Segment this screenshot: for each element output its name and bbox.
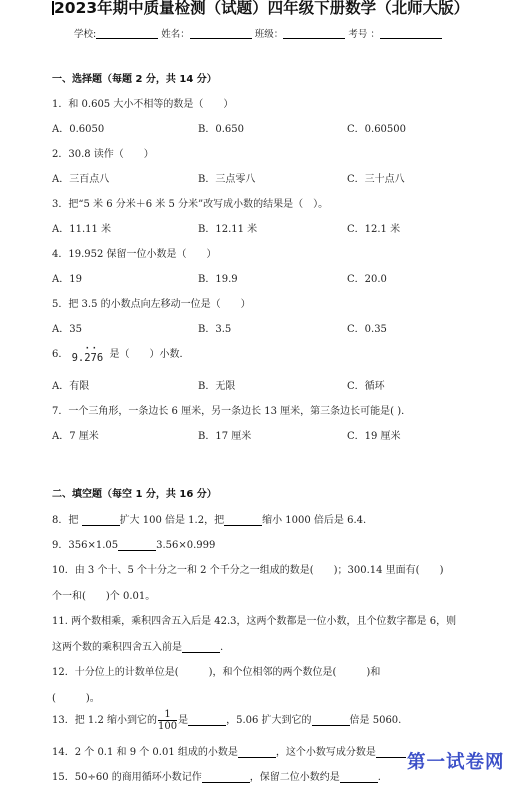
q2-option-b[interactable]: B．三点零八: [198, 170, 255, 185]
school-field[interactable]: [96, 28, 158, 39]
q15-blank-1[interactable]: [202, 771, 250, 783]
section-heading-fill: 二、填空题（每空 1 分，共 16 分）: [52, 485, 217, 500]
q6-option-c[interactable]: C．循环: [347, 377, 385, 392]
q3-option-c[interactable]: C．12.1 米: [347, 220, 400, 235]
q13-blank-1[interactable]: [188, 714, 226, 726]
q4-option-a[interactable]: A．19: [52, 270, 82, 285]
q14-blank-2[interactable]: [376, 746, 406, 758]
q5-option-b[interactable]: B．3.5: [198, 320, 231, 335]
repeat-dot-icon: ·: [85, 344, 90, 354]
q3-option-a[interactable]: A．11.11 米: [52, 220, 111, 235]
question-6: 6． 9.276 · · 是（ ）小数．: [52, 345, 190, 360]
q13-blank-2[interactable]: [312, 714, 350, 726]
question-12-line-1: 12．十分位上的计数单位是( )，和个位相邻的两个数位是( )和: [52, 663, 380, 678]
question-11-line-1: 11. 两个数相乘，乘积四舍五入后是 42.3，这两个数都是一位小数，且个位数字…: [52, 612, 456, 627]
exam-no-label: 考号 ：: [348, 29, 380, 40]
q8-blank-1[interactable]: [82, 514, 120, 526]
question-11-line-2: 这两个数的乘积四舍五入前是.: [52, 638, 223, 653]
question-5: 5．把 3.5 的小数点向左移动一位是（ ）: [52, 295, 251, 310]
q9-blank[interactable]: [118, 539, 156, 551]
question-2: 2．30.8 读作（ ）: [52, 145, 154, 160]
q5-option-a[interactable]: A．35: [52, 320, 82, 335]
q3-option-b[interactable]: B．12.11 米: [198, 220, 257, 235]
q2-option-a[interactable]: A．三百点八: [52, 170, 109, 185]
q15-blank-2[interactable]: [340, 771, 378, 783]
question-10-line-1: 10．由 3 个十、5 个十分之一和 2 个千分之一组成的数是( )；300.1…: [52, 561, 443, 576]
class-field[interactable]: [283, 28, 345, 39]
q8-blank-2[interactable]: [224, 514, 262, 526]
q1-option-c[interactable]: C．0.60500: [347, 120, 406, 135]
q6-option-a[interactable]: A．有限: [52, 377, 89, 392]
class-label: 班级：: [255, 29, 284, 40]
section-heading-choice: 一、选择题（每题 2 分，共 14 分）: [52, 70, 217, 85]
question-9: 9．356×1.053.56×0.999: [52, 536, 215, 551]
school-label: 学校:: [74, 29, 96, 40]
page-title: 2023年期中质量检测（试题）四年级下册数学（北师大版）: [54, 0, 469, 18]
question-7: 7．一个三角形，一条边长 6 厘米，另一条边长 13 厘米，第三条边长可能是( …: [52, 402, 411, 417]
q14-blank-1[interactable]: [238, 746, 276, 758]
repeating-decimal: 9.276 · ·: [72, 352, 110, 364]
exam-no-field[interactable]: [380, 28, 442, 39]
q7-option-b[interactable]: B．17 厘米: [198, 427, 251, 442]
name-label: 姓名：: [161, 29, 190, 40]
q7-option-c[interactable]: C．19 厘米: [347, 427, 401, 442]
question-12-line-2: ( )。: [52, 689, 100, 704]
question-1: 1．和 0.605 大小不相等的数是（ ）: [52, 95, 233, 110]
question-15: 15．50÷60 的商用循环小数记作，保留二位小数约是.: [52, 768, 381, 783]
q1-option-b[interactable]: B．0.650: [198, 120, 244, 135]
q4-option-c[interactable]: C．20.0: [347, 270, 387, 285]
q1-option-a[interactable]: A．0.6050: [52, 120, 104, 135]
question-10-line-2: 个一和( )个 0.01。: [52, 587, 155, 602]
repeat-dot-icon: ·: [92, 344, 97, 354]
fraction-one-hundredth: 1100: [158, 709, 177, 732]
q2-option-c[interactable]: C．三十点八: [347, 170, 405, 185]
q4-option-b[interactable]: B．19.9: [198, 270, 238, 285]
student-info-row: 学校: 姓名： 班级： 考号 ：: [74, 26, 442, 40]
question-14: 14．2 个 0.1 和 9 个 0.01 组成的小数是，这个小数写成分数是: [52, 743, 406, 758]
question-4: 4．19.952 保留一位小数是（ ）: [52, 245, 217, 260]
q11-blank[interactable]: [182, 641, 220, 653]
q6-option-b[interactable]: B．无限: [198, 377, 235, 392]
question-13: 13．把 1.2 缩小到它的1100是，5.06 扩大到它的倍是 5060.: [52, 709, 401, 732]
name-field[interactable]: [190, 28, 252, 39]
q6-number: 6．: [52, 349, 68, 360]
q5-option-c[interactable]: C．0.35: [347, 320, 387, 335]
question-3: 3．把“5 米 6 分米＋6 米 5 分米”改写成小数的结果是（ ）。: [52, 195, 328, 210]
q7-option-a[interactable]: A．7 厘米: [52, 427, 99, 442]
watermark-logo: 第一试卷网: [407, 748, 505, 774]
question-8: 8．把 扩大 100 倍是 1.2，把缩小 1000 倍后是 6.4.: [52, 511, 366, 526]
